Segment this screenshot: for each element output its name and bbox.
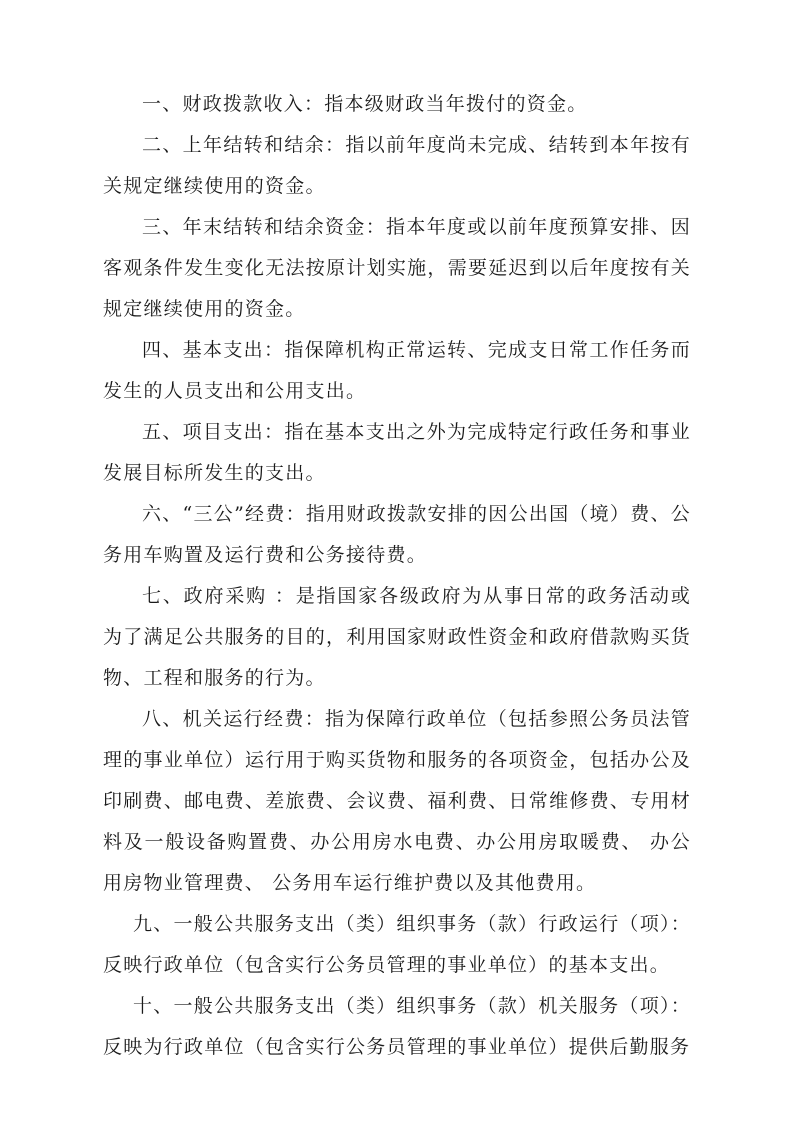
paragraph-basic-expenditure: 四、基本支出：指保障机构正常运转、完成支日常工作任务而发生的人员支出和公用支出。 bbox=[103, 330, 691, 412]
paragraph-government-procurement: 七、政府采购 ：是指国家各级政府为从事日常的政务活动或为了满足公共服务的目的，利… bbox=[103, 576, 691, 699]
paragraph-year-end-carryover: 三、年末结转和结余资金：指本年度或以前年度预算安排、因客观条件发生变化无法按原计… bbox=[103, 207, 691, 330]
paragraph-fiscal-appropriation-income: 一、财政拨款收入：指本级财政当年拨付的资金。 bbox=[103, 84, 691, 125]
paragraph-general-public-services-agency-services: 十、一般公共服务支出（类）组织事务（款）机关服务（项）：反映为行政单位（包含实行… bbox=[103, 986, 691, 1068]
paragraph-prior-year-carryover: 二、上年结转和结余：指以前年度尚未完成、结转到本年按有关规定继续使用的资金。 bbox=[103, 125, 691, 207]
paragraph-project-expenditure: 五、项目支出：指在基本支出之外为完成特定行政任务和事业发展目标所发生的支出。 bbox=[103, 412, 691, 494]
document-page: 一、财政拨款收入：指本级财政当年拨付的资金。 二、上年结转和结余：指以前年度尚未… bbox=[103, 84, 691, 1068]
paragraph-agency-operating-expenses: 八、机关运行经费：指为保障行政单位（包括参照公务员法管理的事业单位）运行用于购买… bbox=[103, 699, 691, 904]
paragraph-general-public-services-administration: 九、一般公共服务支出（类）组织事务（款）行政运行（项）：反映行政单位（包含实行公… bbox=[103, 904, 691, 986]
paragraph-three-public-expenses: 六、“三公”经费：指用财政拨款安排的因公出国（境）费、公务用车购置及运行费和公务… bbox=[103, 494, 691, 576]
